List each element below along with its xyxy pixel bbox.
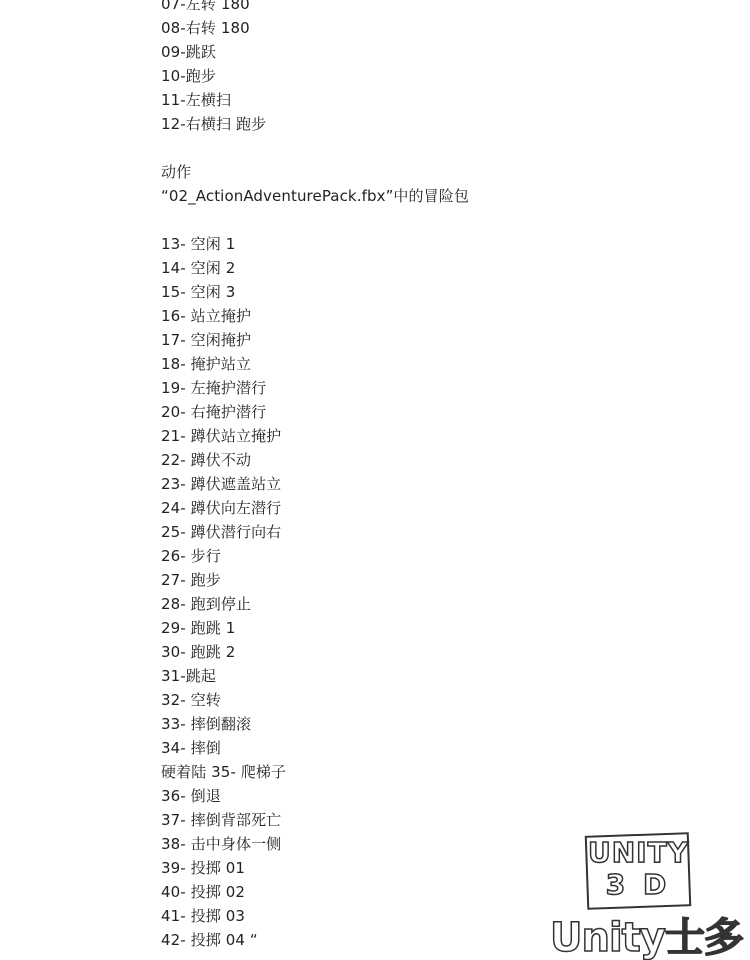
text-line: 26- 步行: [161, 544, 721, 568]
blank-line: [161, 208, 721, 232]
text-line: 16- 站立掩护: [161, 304, 721, 328]
text-line: 30- 跑跳 2: [161, 640, 721, 664]
text-line: 21- 蹲伏站立掩护: [161, 424, 721, 448]
text-line: 13- 空闲 1: [161, 232, 721, 256]
text-line: 34- 摔倒: [161, 736, 721, 760]
text-line: 29- 跑跳 1: [161, 616, 721, 640]
text-line: 31-跳起: [161, 664, 721, 688]
text-line: 12-右横扫 跑步: [161, 112, 721, 136]
text-line: 36- 倒退: [161, 784, 721, 808]
text-line: 27- 跑步: [161, 568, 721, 592]
text-line: 33- 摔倒翻滚: [161, 712, 721, 736]
text-line: 10-跑步: [161, 64, 721, 88]
text-line: 08-右转 180: [161, 16, 721, 40]
text-line: 23- 蹲伏遮盖站立: [161, 472, 721, 496]
text-line: 20- 右掩护潜行: [161, 400, 721, 424]
text-line: 28- 跑到停止: [161, 592, 721, 616]
text-line: 22- 蹲伏不动: [161, 448, 721, 472]
document-body: 07-左转 180 08-右转 180 09-跳跃 10-跑步 11-左横扫 1…: [161, 0, 721, 952]
text-line: 14- 空闲 2: [161, 256, 721, 280]
text-line: 17- 空闲掩护: [161, 328, 721, 352]
text-line: 38- 击中身体一侧: [161, 832, 721, 856]
text-line: 37- 摔倒背部死亡: [161, 808, 721, 832]
text-line: 39- 投掷 01: [161, 856, 721, 880]
text-line: 07-左转 180: [161, 0, 721, 16]
text-line: 19- 左掩护潜行: [161, 376, 721, 400]
text-line: 18- 掩护站立: [161, 352, 721, 376]
text-line: 硬着陆 35- 爬梯子: [161, 760, 721, 784]
text-line: 32- 空转: [161, 688, 721, 712]
text-line: 11-左横扫: [161, 88, 721, 112]
text-line: 41- 投掷 03: [161, 904, 721, 928]
text-line: 40- 投掷 02: [161, 880, 721, 904]
text-line: 15- 空闲 3: [161, 280, 721, 304]
blank-line: [161, 136, 721, 160]
text-line: 25- 蹲伏潜行向右: [161, 520, 721, 544]
text-line: 42- 投掷 04 “: [161, 928, 721, 952]
text-line: 24- 蹲伏向左潜行: [161, 496, 721, 520]
section-heading: 动作: [161, 160, 721, 184]
section-subheading: “02_ActionAdventurePack.fbx”中的冒险包: [161, 184, 721, 208]
text-line: 09-跳跃: [161, 40, 721, 64]
